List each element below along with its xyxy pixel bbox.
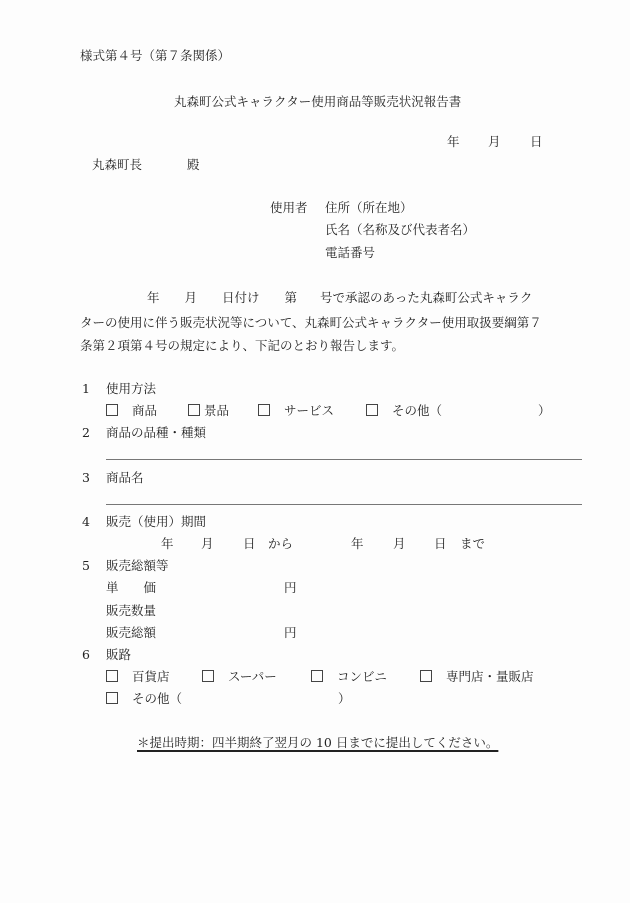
section-2-number: 2 bbox=[82, 425, 90, 441]
channel-specialty-store[interactable]: 専門店・量販店 bbox=[420, 669, 534, 685]
to-day: 日 bbox=[434, 536, 447, 552]
section-6-label: 販路 bbox=[106, 647, 131, 663]
checkbox-icon[interactable] bbox=[258, 404, 270, 416]
addressee-name: 丸森町長 bbox=[92, 157, 142, 173]
checkbox-icon[interactable] bbox=[311, 670, 323, 682]
from-word: から bbox=[268, 536, 293, 552]
product-type-field-line[interactable] bbox=[106, 459, 582, 460]
checkbox-icon[interactable] bbox=[420, 670, 432, 682]
unit-price-label: 単 価 bbox=[106, 580, 156, 596]
section-2-label: 商品の品種・種類 bbox=[106, 425, 206, 441]
to-word: まで bbox=[460, 536, 485, 552]
channel-supermarket[interactable]: スーパー bbox=[202, 669, 277, 685]
section-4-label: 販売（使用）期間 bbox=[106, 514, 206, 530]
option-other-close: ） bbox=[538, 403, 551, 419]
checkbox-icon[interactable] bbox=[202, 670, 214, 682]
from-year: 年 bbox=[161, 536, 174, 552]
applicant-name-label: 氏名（名称及び代表者名） bbox=[325, 222, 475, 238]
total-label: 販売総額 bbox=[106, 625, 156, 641]
section-5-number: 5 bbox=[82, 558, 90, 574]
addressee-honorific: 殿 bbox=[187, 157, 200, 173]
option-goods[interactable]: 商品 bbox=[106, 403, 157, 419]
unit-price-yen: 円 bbox=[284, 580, 297, 596]
date-year: 年 bbox=[447, 134, 460, 150]
from-month: 月 bbox=[201, 536, 214, 552]
form-number: 様式第４号（第７条関係） bbox=[80, 48, 230, 64]
option-other[interactable]: その他（ bbox=[366, 403, 442, 419]
section-6-number: 6 bbox=[82, 647, 90, 663]
checkbox-icon[interactable] bbox=[188, 404, 200, 416]
applicant-label: 使用者 bbox=[270, 200, 308, 216]
to-year: 年 bbox=[351, 536, 364, 552]
quantity-label: 販売数量 bbox=[106, 603, 156, 619]
section-1-number: 1 bbox=[82, 381, 90, 397]
option-service[interactable]: サービス bbox=[258, 403, 334, 419]
applicant-phone-label: 電話番号 bbox=[325, 245, 375, 261]
body-line-2: ターの使用に伴う販売状況等について、丸森町公式キャラクター使用取扱要綱第７ bbox=[80, 315, 542, 331]
date-month: 月 bbox=[488, 134, 501, 150]
document-title: 丸森町公式キャラクター使用商品等販売状況報告書 bbox=[174, 94, 461, 110]
channel-other-close: ） bbox=[338, 691, 351, 707]
to-month: 月 bbox=[393, 536, 406, 552]
submission-note: ＊提出時期：四半期終了翌月の 10 日までに提出してください。 bbox=[137, 735, 498, 751]
checkbox-icon[interactable] bbox=[106, 404, 118, 416]
body-line-1-prefix: 年 月 日付け 第 bbox=[147, 290, 297, 306]
section-3-label: 商品名 bbox=[106, 470, 144, 486]
checkbox-icon[interactable] bbox=[106, 670, 118, 682]
section-1-label: 使用方法 bbox=[106, 381, 156, 397]
checkbox-icon[interactable] bbox=[366, 404, 378, 416]
body-line-3: 条第２項第４号の規定により、下記のとおり報告します。 bbox=[80, 338, 404, 354]
section-5-label: 販売総額等 bbox=[106, 558, 169, 574]
section-4-number: 4 bbox=[82, 514, 90, 530]
channel-convenience-store[interactable]: コンビニ bbox=[311, 669, 387, 685]
from-day: 日 bbox=[243, 536, 256, 552]
channel-other[interactable]: その他（ bbox=[106, 691, 182, 707]
checkbox-icon[interactable] bbox=[106, 692, 118, 704]
product-name-field-line[interactable] bbox=[106, 504, 582, 505]
total-yen: 円 bbox=[284, 625, 297, 641]
option-prize[interactable]: 景品 bbox=[188, 403, 229, 419]
section-3-number: 3 bbox=[82, 470, 90, 486]
applicant-address-label: 住所（所在地） bbox=[325, 200, 413, 216]
channel-department-store[interactable]: 百貨店 bbox=[106, 669, 170, 685]
body-line-1-suffix: 号で承認のあった丸森町公式キャラク bbox=[320, 290, 532, 306]
date-day: 日 bbox=[530, 134, 543, 150]
